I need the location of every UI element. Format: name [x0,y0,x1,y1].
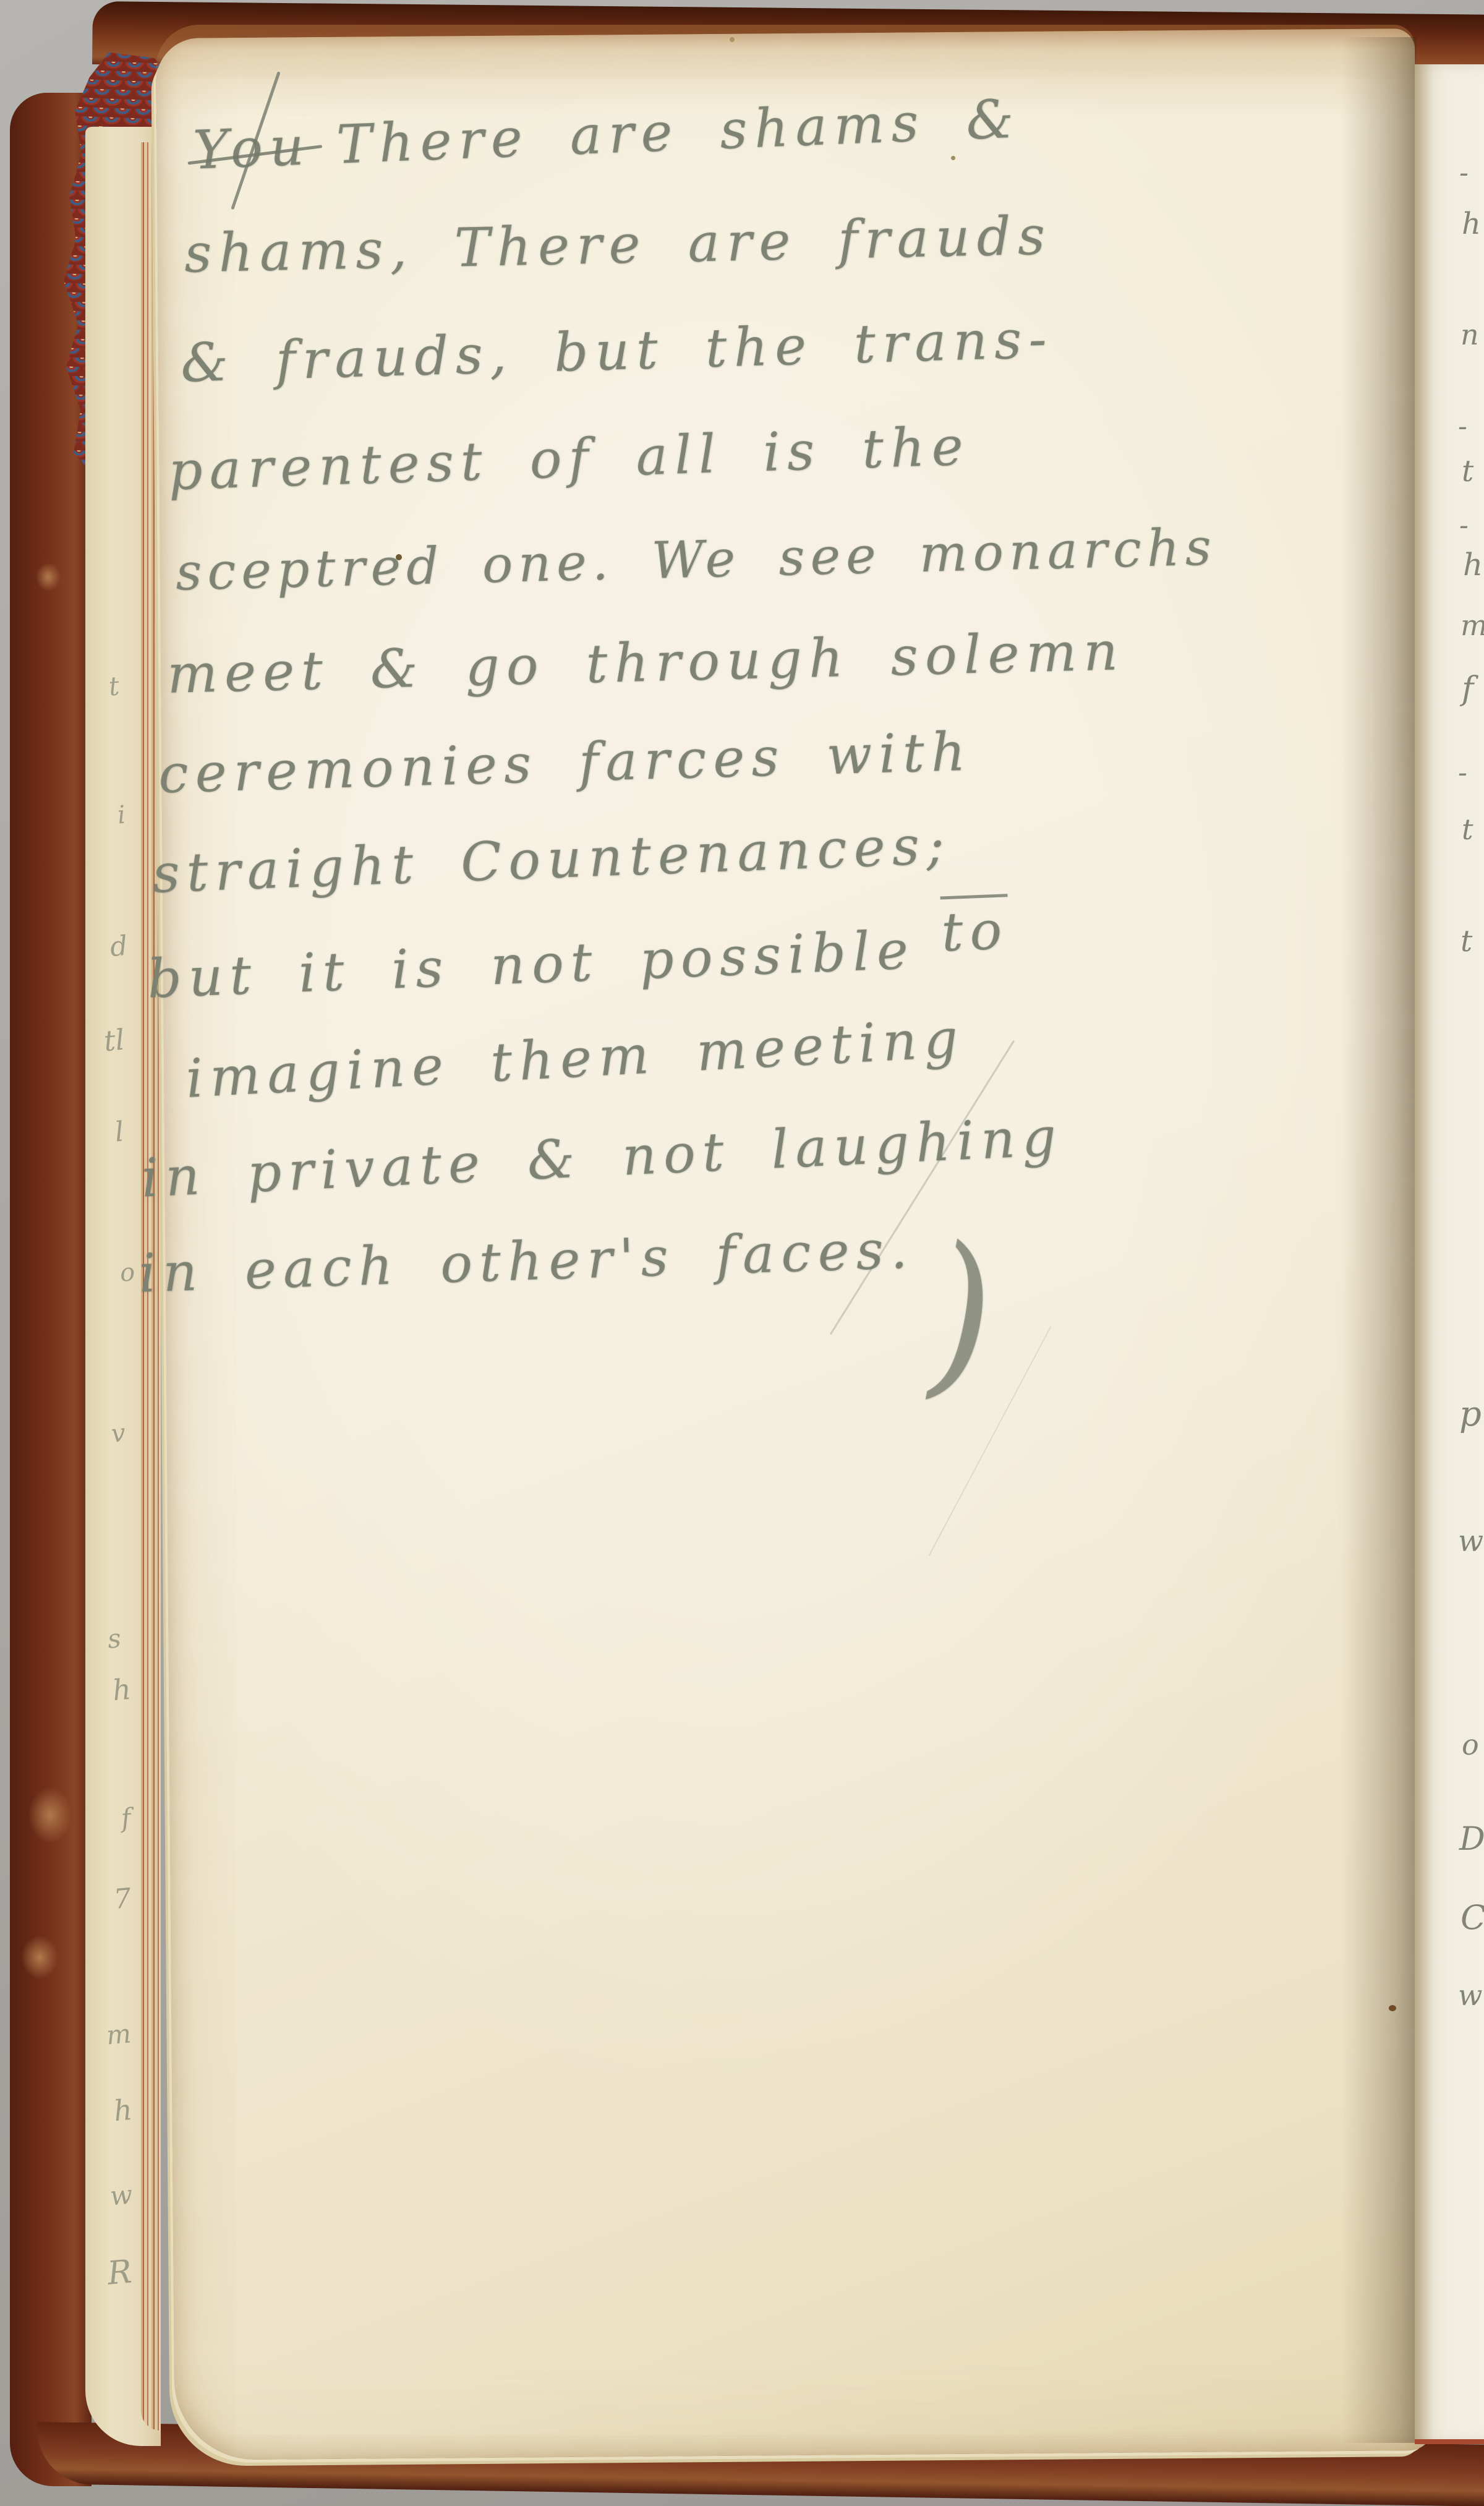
pencil-fragment: t [108,670,121,701]
leather-wear-patch [28,1787,72,1843]
pencil-fragment: m [1461,609,1484,642]
pencil-fragment: m [105,2018,132,2050]
notebook-photograph: t i d tl l o v s h f 7 m h w R You There… [0,0,1484,2506]
pencil-fragment: h [113,2093,134,2128]
pencil-fragment: o [119,1258,136,1288]
pencil-fragment: - [1459,157,1469,189]
pencil-fragment: t [1461,924,1472,959]
pencil-fragment: t [1462,813,1473,846]
pencil-fragment: d [109,930,129,963]
manuscript-line: in each other's faces.) [138,1216,997,1451]
pencil-fragment: - [1458,757,1467,789]
pencil-fragment: t [1462,454,1473,489]
ink-speck [396,554,402,560]
ink-speck [951,156,955,160]
leather-wear-patch [21,1936,58,1979]
pencil-fragment: i [116,801,127,830]
pencil-fragment: f [120,1802,132,1833]
pencil-fragment: w [109,2179,134,2212]
overlined-word: to [940,894,1010,964]
pencil-fragment: tl [103,1023,126,1058]
ink-speck [730,37,735,42]
pencil-fragment: h [1463,547,1483,583]
pencil-fragment: o [1462,1728,1479,1761]
pencil-fragment: C [1461,1898,1484,1937]
next-page-bottom-edge [1415,2439,1484,2444]
pencil-fragment: 7 [113,1883,132,1915]
pencil-fragment: w [1458,1524,1483,1559]
pencil-fragment: l [114,1116,125,1148]
next-page-sliver: - h n - t - h m f - t t p w o D C w [1415,64,1484,2443]
pencil-fragment: w [1458,1978,1482,2012]
pencil-fragment: h [1462,207,1481,241]
gutter-shadow [1342,37,1416,2443]
struck-word-wrap: You [192,115,312,181]
leather-wear-patch [36,563,61,591]
pencil-fragment: f [1462,670,1473,708]
pencil-fragment: v [110,1419,127,1448]
pencil-fragment: - [1459,510,1469,541]
pencil-fragment: - [1458,411,1467,442]
pencil-fragment: D [1459,1821,1484,1858]
pencil-fragment: h [111,1672,132,1707]
pencil-fragment: s [106,1623,122,1654]
pencil-fragment: p [1459,1394,1482,1434]
pencil-fragment: n [1461,318,1479,351]
pencil-fragment: R [106,2253,133,2292]
